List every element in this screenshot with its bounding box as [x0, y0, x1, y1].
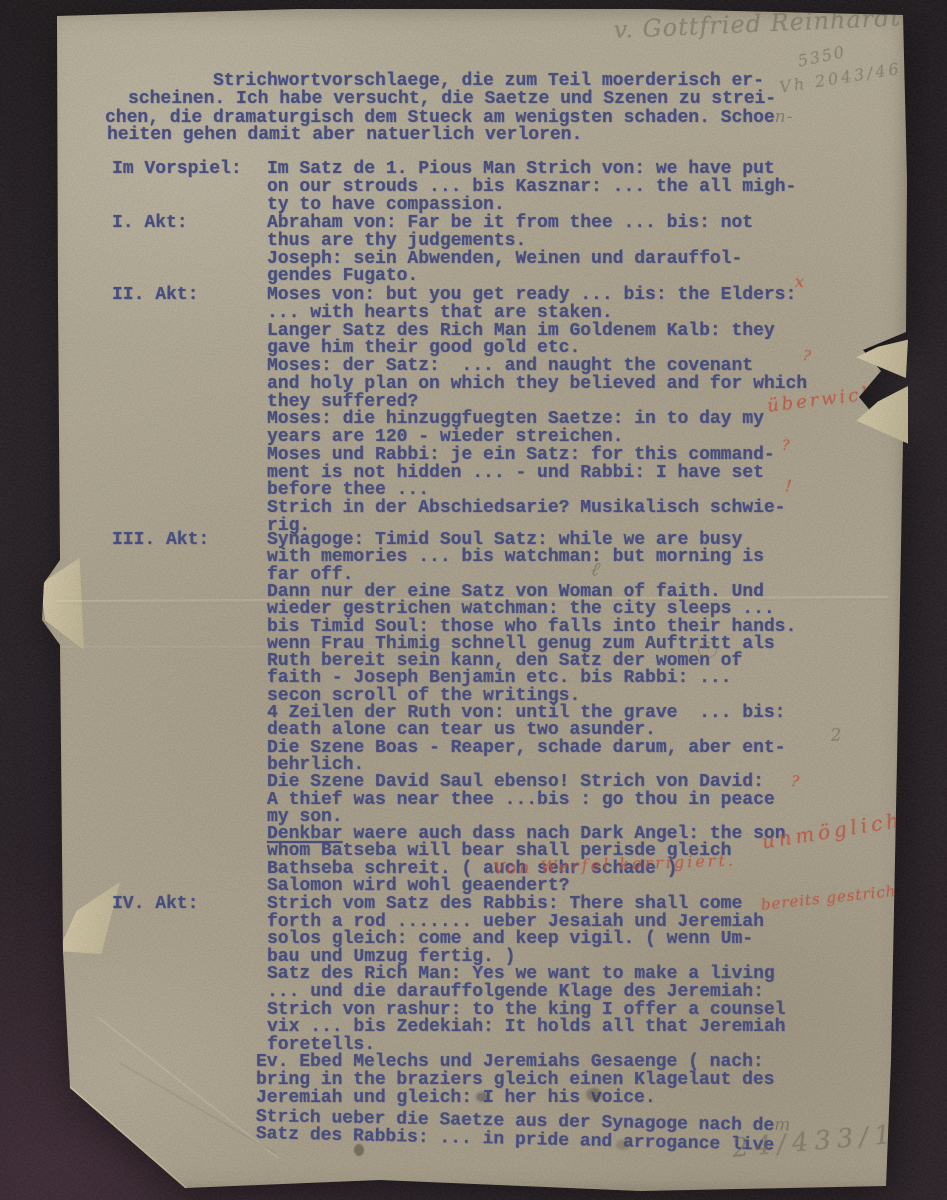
torn-edge-left-lower: [58, 882, 120, 954]
typed-text: A thief was near thee ...bis : go thou i…: [267, 790, 775, 810]
red-pencil-annotation: unmöglich!: [760, 806, 916, 854]
red-pencil-annotation: ?: [782, 438, 790, 454]
typed-line: and holy plan on which they believed and…: [267, 375, 807, 393]
typed-line: wieder gestrichen watchman: the city sle…: [267, 600, 775, 618]
section-label: II. Akt:: [112, 286, 198, 304]
typed-text: Strich in der Abschiedsarie? Musikalisch…: [267, 498, 785, 518]
typed-line: A thief was near thee ...bis : go thou i…: [267, 791, 775, 809]
section-label: III. Akt:: [112, 531, 209, 549]
pencil-annotation: Vh 2043/46: [778, 59, 903, 97]
typed-text: Strichwortvorschlaege, die zum Teil moer…: [213, 71, 764, 91]
paper-crease-diagonal-1: [97, 1016, 279, 1159]
pencil-circle-mark: [698, 642, 717, 658]
typed-line: thus are thy judgements.: [267, 232, 526, 250]
typed-line: they suffered?: [267, 393, 418, 411]
typed-text: heiten gehen damit aber natuerlich verlo…: [107, 125, 582, 145]
red-pencil-annotation: x: [795, 272, 804, 291]
header-line: heiten gehen damit aber natuerlich verlo…: [107, 126, 582, 144]
typed-text: bring in the braziers gleich einen Klage…: [256, 1070, 774, 1090]
typed-line: Im Satz de 1. Pious Man Strich von: we h…: [267, 160, 775, 178]
typed-line: Strich vom Satz des Rabbis: There shall …: [267, 895, 742, 913]
pencil-annotation: 2: [830, 725, 842, 746]
typed-line: Abraham von: Far be it from thee ... bis…: [267, 214, 753, 232]
document-paper: Strichwortvorschlaege, die zum Teil moer…: [38, 6, 910, 1196]
typed-line: bis Timid Soul: those who falls into the…: [267, 618, 796, 636]
typed-text: Salomon wird wohl geaendert?: [267, 876, 569, 896]
typed-line: Moses: der Satz: ... and naught the cove…: [267, 357, 753, 375]
section-label: IV. Akt:: [112, 895, 198, 913]
pencil-correction: n-: [775, 107, 794, 127]
typed-line: on our strouds ... bis Kasznar: ... the …: [267, 178, 796, 196]
typed-line: ty to have compassion.: [267, 196, 505, 214]
typed-text: gendes Fugato.: [267, 266, 418, 286]
red-pencil-annotation: ?: [790, 772, 800, 791]
scan-background: Strichwortvorschlaege, die zum Teil moer…: [0, 0, 947, 1200]
typed-line: Satz des Rich Man: Yes we want to make a…: [267, 965, 775, 983]
typed-line: Joseph: sein Abwenden, Weinen und darauf…: [267, 250, 742, 268]
typed-line: Strich in der Abschiedsarie? Musikalisch…: [267, 499, 785, 517]
torn-edge-bottom-left: [63, 1084, 187, 1193]
typed-line: Moses: die hinzuggfuegten Saetze: in to …: [267, 410, 764, 428]
typed-line: ... with hearts that are staken.: [267, 304, 613, 322]
typed-line: with memories ... bis watchman: but morn…: [267, 548, 764, 566]
typed-line: years are 120 - wieder streichen.: [267, 428, 623, 446]
typed-line: gendes Fugato.: [267, 267, 418, 285]
typed-line: forth a rod ....... ueber Jesaiah und Je…: [267, 913, 764, 931]
header-line: Strichwortvorschlaege, die zum Teil moer…: [213, 72, 764, 90]
typed-line: Ev. Ebed Melechs und Jeremiahs Gesaenge …: [256, 1053, 764, 1071]
typed-text: Ev. Ebed Melechs und Jeremiahs Gesaenge …: [256, 1052, 764, 1072]
typed-line: Die Szene Boas - Reaper, schade darum, a…: [267, 739, 785, 757]
typed-line: Moses von: but you get ready ... bis: th…: [267, 286, 796, 304]
typed-line: Moses und Rabbi: je ein Satz: for this c…: [267, 446, 775, 464]
typed-line: Langer Satz des Rich Man im Goldenem Kal…: [267, 322, 775, 340]
typed-line: faith - Joseph Benjamin etc. bis Rabbi: …: [267, 669, 731, 687]
section-label: I. Akt:: [112, 214, 188, 232]
red-pencil-annotation: ?: [802, 348, 812, 365]
red-pencil-annotation: !: [784, 476, 792, 495]
typed-line: Salomon wird wohl geaendert?: [267, 877, 569, 895]
typed-line: bring in the braziers gleich einen Klage…: [256, 1071, 774, 1089]
typed-line: far off.: [267, 566, 353, 584]
typed-line: Strich von rashur: to the king I offer a…: [267, 1001, 785, 1019]
typed-text: scheinen. Ich habe versucht, die Saetze …: [128, 89, 776, 109]
typed-line: Die Szene David Saul ebenso! Strich von …: [267, 773, 764, 791]
typed-line: before thee ...: [267, 481, 429, 499]
typed-line: solos gleich: come and keep vigil. ( wen…: [267, 930, 753, 948]
paper-crease-diagonal-2: [119, 1062, 276, 1154]
typed-line: Jeremiah und gleich: I her his voice.: [256, 1089, 656, 1107]
pencil-annotation: v. Gottfried Reinhardt: [613, 3, 902, 44]
typed-line: ment is not hidden ... - und Rabbi: I ha…: [267, 464, 764, 482]
section-label: Im Vorspiel:: [112, 160, 242, 178]
typed-line: vix ... bis Zedekiah: It holds all that …: [267, 1018, 785, 1036]
typed-line: secon scroll of the writings.: [267, 687, 580, 705]
typed-text: Jeremiah und gleich: I her his voice.: [256, 1088, 656, 1108]
pencil-annotation: 5350: [796, 42, 848, 71]
paper-shadow-wrap: Strichwortvorschlaege, die zum Teil moer…: [0, 0, 947, 1200]
typed-line: death alone can tear us two asunder.: [267, 721, 656, 739]
typed-line: gave him their good gold etc.: [267, 339, 580, 357]
header-line: scheinen. Ich habe versucht, die Saetze …: [128, 90, 776, 108]
torn-edge-left-mid: [40, 558, 84, 650]
red-pencil-annotation: bereits gestrichen: [760, 880, 918, 914]
typed-text: ty to have compassion.: [267, 195, 505, 215]
typed-line: ... und die darauffolgende Klage des Jer…: [267, 983, 764, 1001]
